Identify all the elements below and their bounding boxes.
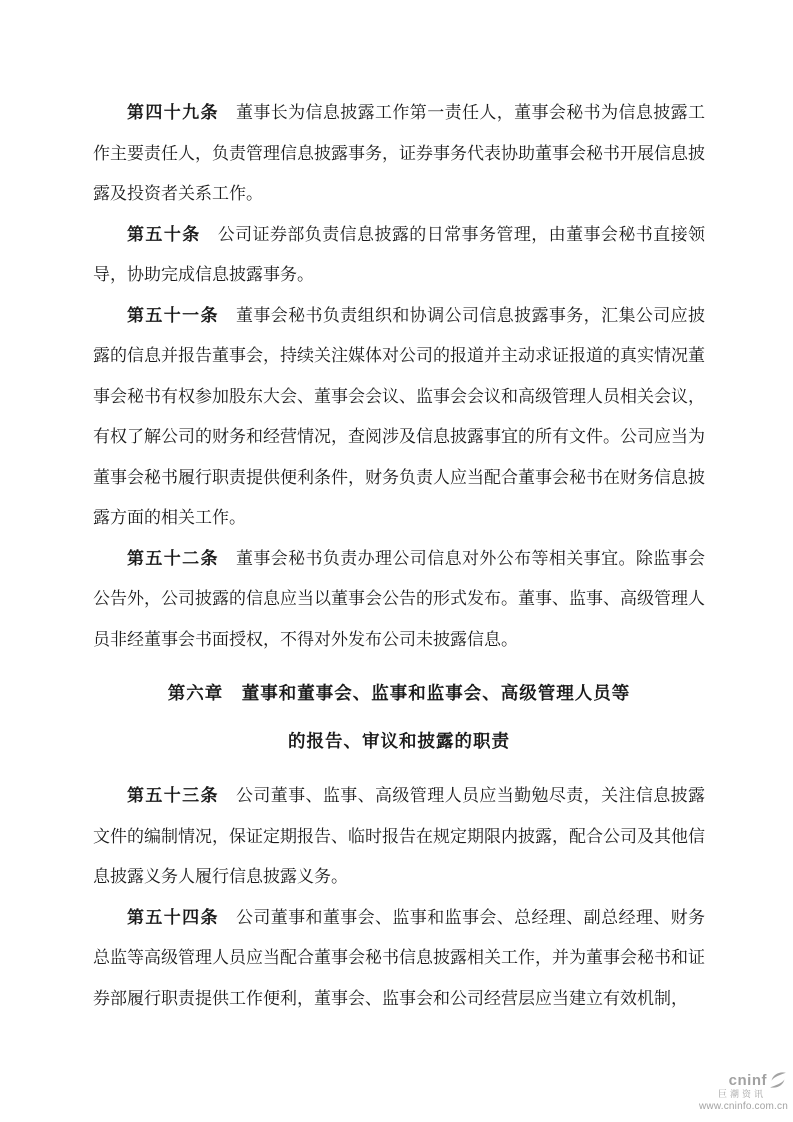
article-paragraph-49: 第四十九条董事长为信息披露工作第一责任人，董事会秘书为信息披露工作主要责任人，负… — [93, 93, 705, 215]
article-paragraph-52: 第五十二条董事会秘书负责办理公司信息对外公布等相关事宜。除监事会公告外，公司披露… — [93, 539, 705, 661]
article-paragraph-54: 第五十四条公司董事和董事会、监事和监事会、总经理、副总经理、财务总监等高级管理人… — [93, 898, 705, 1020]
cninfo-swirl-icon — [768, 1071, 788, 1089]
chapter-heading-line1: 第六章 董事和董事会、监事和监事会、高级管理人员等 — [93, 669, 705, 717]
chapter-heading: 第六章 董事和董事会、监事和监事会、高级管理人员等 的报告、审议和披露的职责 — [93, 669, 705, 765]
article-number: 第五十三条 — [127, 786, 219, 805]
article-number: 第五十条 — [127, 225, 201, 244]
cninfo-url: www.cninfo.com.cn — [699, 1102, 788, 1112]
cninfo-logo-row: cninf — [699, 1071, 788, 1089]
article-paragraph-51: 第五十一条董事会秘书负责组织和协调公司信息披露事务，汇集公司应披露的信息并报告董… — [93, 296, 705, 539]
article-paragraph-53: 第五十三条公司董事、监事、高级管理人员应当勤勉尽责，关注信息披露文件的编制情况，… — [93, 776, 705, 898]
cninfo-chinese-name: 巨潮资讯 — [699, 1090, 788, 1099]
article-number: 第五十四条 — [127, 908, 219, 927]
document-page: 第四十九条董事长为信息披露工作第一责任人，董事会秘书为信息披露工作主要责任人，负… — [0, 0, 793, 1122]
cninfo-watermark: cninf 巨潮资讯 www.cninfo.com.cn — [699, 1071, 788, 1112]
chapter-heading-line2: 的报告、审议和披露的职责 — [93, 717, 705, 765]
article-number: 第四十九条 — [127, 103, 219, 122]
cninfo-logo-text: cninf — [729, 1073, 767, 1088]
article-text: 董事会秘书负责组织和协调公司信息披露事务，汇集公司应披露的信息并报告董事会，持续… — [93, 306, 705, 528]
article-number: 第五十一条 — [127, 306, 219, 325]
article-number: 第五十二条 — [127, 549, 219, 568]
document-body: 第四十九条董事长为信息披露工作第一责任人，董事会秘书为信息披露工作主要责任人，负… — [93, 93, 705, 1019]
article-paragraph-50: 第五十条公司证券部负责信息披露的日常事务管理，由董事会秘书直接领导，协助完成信息… — [93, 215, 705, 296]
